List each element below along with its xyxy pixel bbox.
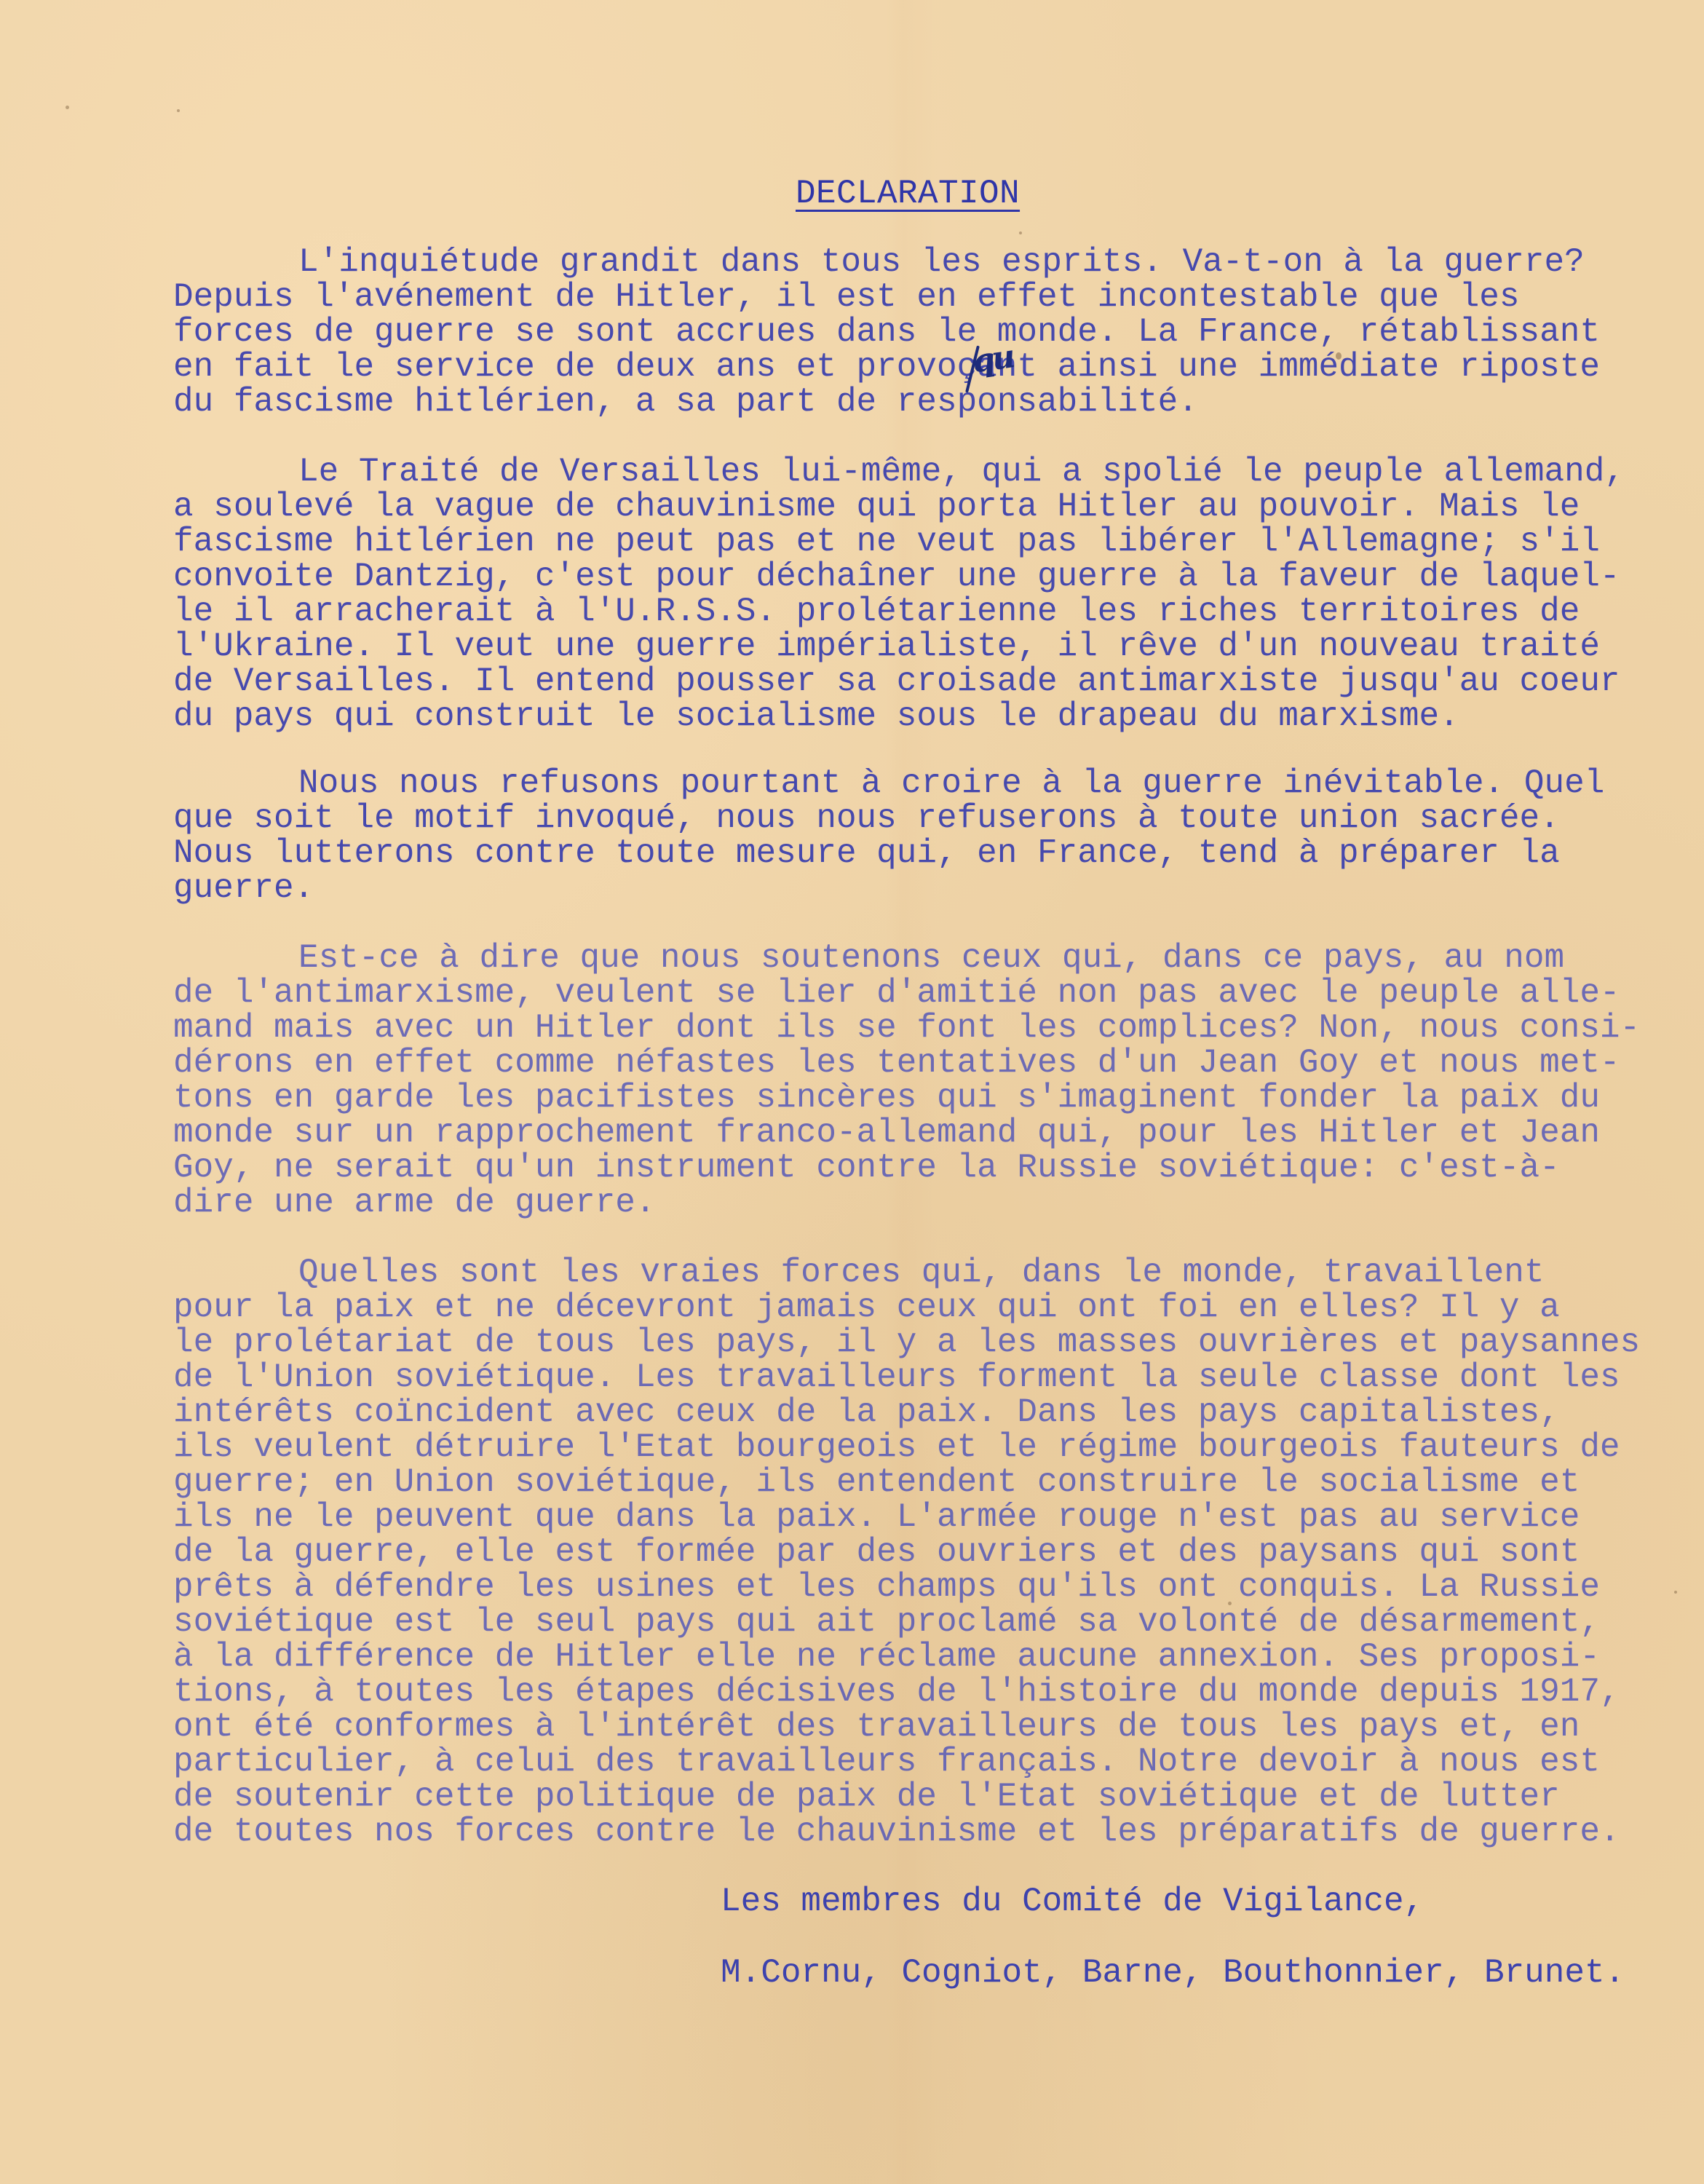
text-line: Depuis l'avénement de Hitler, il est en … — [173, 280, 1687, 314]
paper-speck — [177, 109, 180, 112]
text-line: guerre; en Union soviétique, ils entende… — [173, 1465, 1687, 1500]
text-line: ils veulent détruire l'Etat bourgeois et… — [173, 1430, 1687, 1465]
text-line: a soulevé la vague de chauvinisme qui po… — [173, 489, 1687, 524]
text-line: soviétique est le seul pays qui ait proc… — [173, 1605, 1687, 1639]
signature-names: M.Cornu, Cogniot, Barne, Bouthonnier, Br… — [721, 1955, 1625, 1990]
text-line: guerre. — [173, 871, 1687, 906]
paragraph-1: L'inquiétude grandit dans tous les espri… — [173, 245, 1687, 419]
text-line: particulier, à celui des travailleurs fr… — [173, 1744, 1687, 1779]
text-line: du fascisme hitlérien, a sa part de resp… — [173, 384, 1687, 419]
paragraph-3: Nous nous refusons pourtant à croire à l… — [173, 766, 1687, 906]
text-line: Le Traité de Versailles lui-même, qui a … — [173, 454, 1687, 489]
text-line: Est-ce à dire que nous soutenons ceux qu… — [173, 941, 1687, 976]
text-line: fascisme hitlérien ne peut pas et ne veu… — [173, 524, 1687, 559]
text-line: de l'antimarxisme, veulent se lier d'ami… — [173, 976, 1687, 1010]
text-line: ont été conformes à l'intérêt des travai… — [173, 1709, 1687, 1744]
text-line: en fait le service de deux ans et provoç… — [173, 349, 1687, 384]
document-page: DECLARATION L'inquiétude grandit dans to… — [0, 0, 1704, 2184]
paragraph-5: Quelles sont les vraies forces qui, dans… — [173, 1255, 1687, 1849]
text-line: intérêts coïncident avec ceux de la paix… — [173, 1395, 1687, 1430]
text-line: le il arracherait à l'U.R.S.S. prolétari… — [173, 594, 1687, 629]
text-line: Nous lutterons contre toute mesure qui, … — [173, 836, 1687, 871]
paragraph-4: Est-ce à dire que nous soutenons ceux qu… — [173, 941, 1687, 1220]
text-line: Goy, ne serait qu'un instrument contre l… — [173, 1150, 1687, 1185]
text-line: que soit le motif invoqué, nous nous ref… — [173, 801, 1687, 836]
signature-committee: Les membres du Comité de Vigilance, — [721, 1884, 1424, 1919]
text-line: dire une arme de guerre. — [173, 1185, 1687, 1220]
paper-speck — [1674, 1591, 1677, 1594]
document-title: DECLARATION — [796, 176, 1020, 211]
handwritten-correction: qu — [970, 338, 1015, 380]
text-line: tions, à toutes les étapes décisives de … — [173, 1674, 1687, 1709]
text-line: Nous nous refusons pourtant à croire à l… — [173, 766, 1687, 801]
text-line: dérons en effet comme néfastes les tenta… — [173, 1045, 1687, 1080]
paper-speck — [1336, 352, 1342, 360]
text-line: le prolétariat de tous les pays, il y a … — [173, 1325, 1687, 1360]
paper-speck — [66, 106, 69, 109]
text-line: L'inquiétude grandit dans tous les espri… — [173, 245, 1687, 280]
paper-speck — [1228, 1602, 1232, 1605]
text-line: du pays qui construit le socialisme sous… — [173, 699, 1687, 734]
text-line: pour la paix et ne décevront jamais ceux… — [173, 1290, 1687, 1325]
paragraph-2: Le Traité de Versailles lui-même, qui a … — [173, 454, 1687, 734]
paper-speck — [1019, 232, 1022, 234]
text-line: convoite Dantzig, c'est pour déchaîner u… — [173, 559, 1687, 594]
text-line: forces de guerre se sont accrues dans le… — [173, 314, 1687, 349]
text-line: Quelles sont les vraies forces qui, dans… — [173, 1255, 1687, 1290]
text-line: de l'Union soviétique. Les travailleurs … — [173, 1360, 1687, 1395]
text-line: de soutenir cette politique de paix de l… — [173, 1779, 1687, 1814]
text-line: à la différence de Hitler elle ne réclam… — [173, 1639, 1687, 1674]
text-line: de toutes nos forces contre le chauvinis… — [173, 1814, 1687, 1849]
text-line: mand mais avec un Hitler dont ils se fon… — [173, 1010, 1687, 1045]
text-line: de Versailles. Il entend pousser sa croi… — [173, 664, 1687, 699]
text-line: tons en garde les pacifistes sincères qu… — [173, 1080, 1687, 1115]
text-line: prêts à défendre les usines et les champ… — [173, 1570, 1687, 1605]
text-line: ils ne le peuvent que dans la paix. L'ar… — [173, 1500, 1687, 1535]
text-line: l'Ukraine. Il veut une guerre impérialis… — [173, 629, 1687, 664]
text-line: monde sur un rapprochement franco-allema… — [173, 1115, 1687, 1150]
text-line: de la guerre, elle est formée par des ou… — [173, 1535, 1687, 1570]
